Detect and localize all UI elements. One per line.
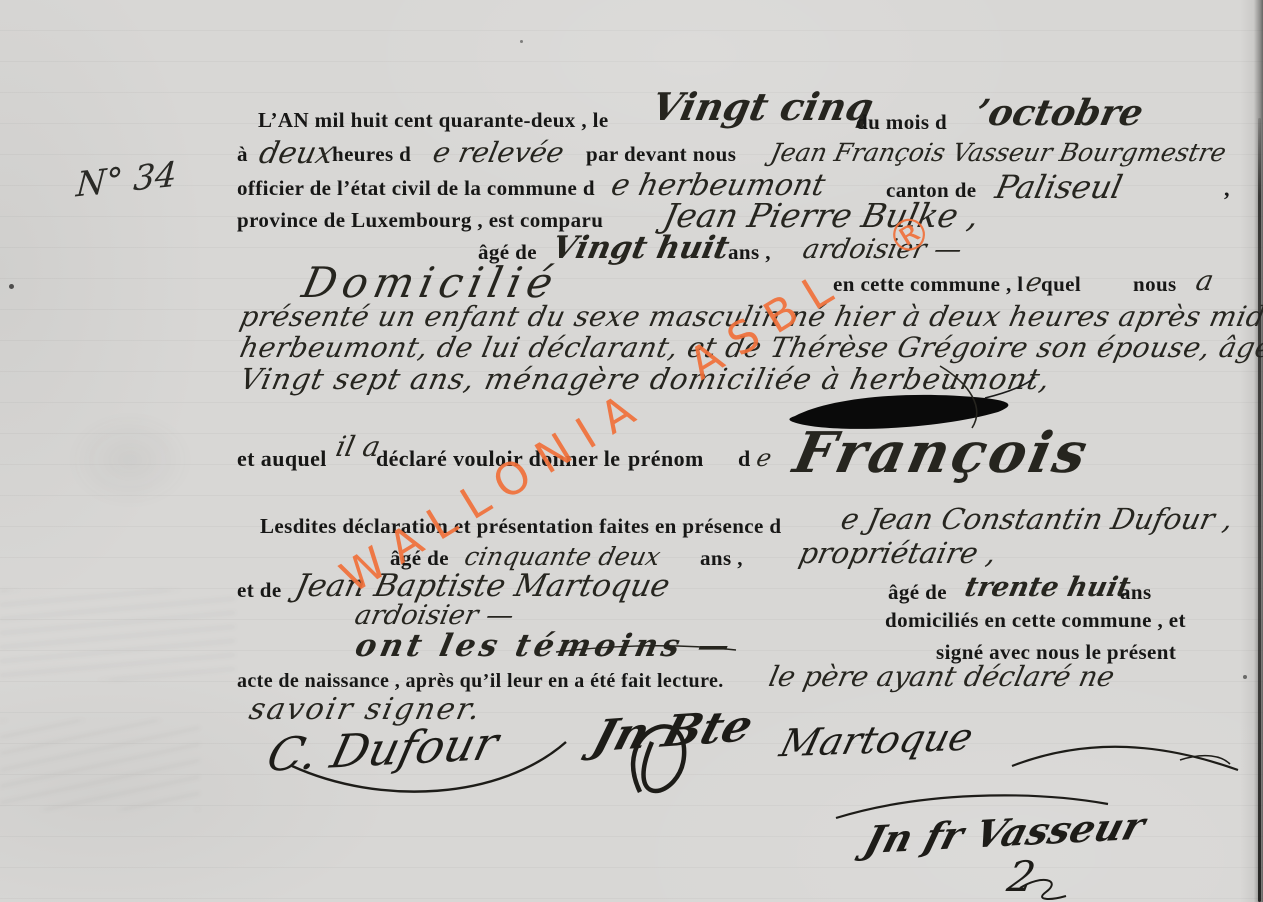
handwritten-text: e Jean Constantin Dufour , (838, 502, 1236, 536)
printed-text: à (237, 142, 248, 167)
handwritten-text: propriétaire , (796, 536, 1000, 570)
printed-text: officier de l’état civil de la commune d (237, 176, 595, 201)
signature-martoque: Martoque (776, 715, 978, 766)
printed-text: quel (1041, 272, 1081, 297)
handwritten-text: cinquante deux (462, 542, 663, 571)
printed-text: Lesdites déclaration et présentation fai… (260, 514, 781, 539)
printed-text: acte de naissance , après qu’il leur en … (237, 670, 724, 693)
handwritten-text: Vingt huit (549, 230, 732, 266)
printed-text: âgé de (888, 580, 947, 605)
given-name: François (788, 420, 1096, 486)
handwritten-text: trente huit (962, 572, 1133, 603)
printed-text: ans (1120, 580, 1152, 605)
printed-text: et de (237, 578, 282, 603)
ink-speck (520, 40, 523, 43)
printed-text: domiciliés en cette commune , et (885, 608, 1186, 633)
handwritten-text: Jean François Vasseur Bourgmestre (768, 138, 1229, 167)
printed-text: et auquel (237, 446, 327, 472)
printed-text: ans , (700, 546, 743, 571)
printed-text: , (1224, 176, 1230, 202)
printed-text: L’AN mil huit cent quarante-deux , le (258, 108, 609, 133)
handwritten-text: le père ayant déclaré ne (766, 660, 1117, 693)
printed-text: par devant nous (586, 142, 736, 167)
handwritten-text: e relevée (430, 136, 567, 169)
ink-speck (9, 284, 14, 289)
printed-text: province de Luxembourg , est comparu (237, 208, 603, 233)
page-edge-line (1258, 118, 1261, 902)
handwritten-text: Paliseul (992, 168, 1126, 206)
printed-text: prénom (628, 446, 704, 472)
handwritten-text: ont les témoins — (352, 628, 737, 664)
printed-text: heures d (332, 142, 411, 167)
handwritten-text: ardoisier — (352, 600, 517, 631)
handwritten-text: ’octobre (972, 92, 1147, 134)
printed-text: nous (1133, 272, 1177, 297)
handwritten-text: deux (256, 136, 337, 171)
handwritten-text: Vingt cinq (648, 84, 878, 129)
printed-text: ans , (728, 240, 771, 265)
printed-text: d (738, 446, 751, 472)
printed-text: du mois d (856, 110, 947, 135)
